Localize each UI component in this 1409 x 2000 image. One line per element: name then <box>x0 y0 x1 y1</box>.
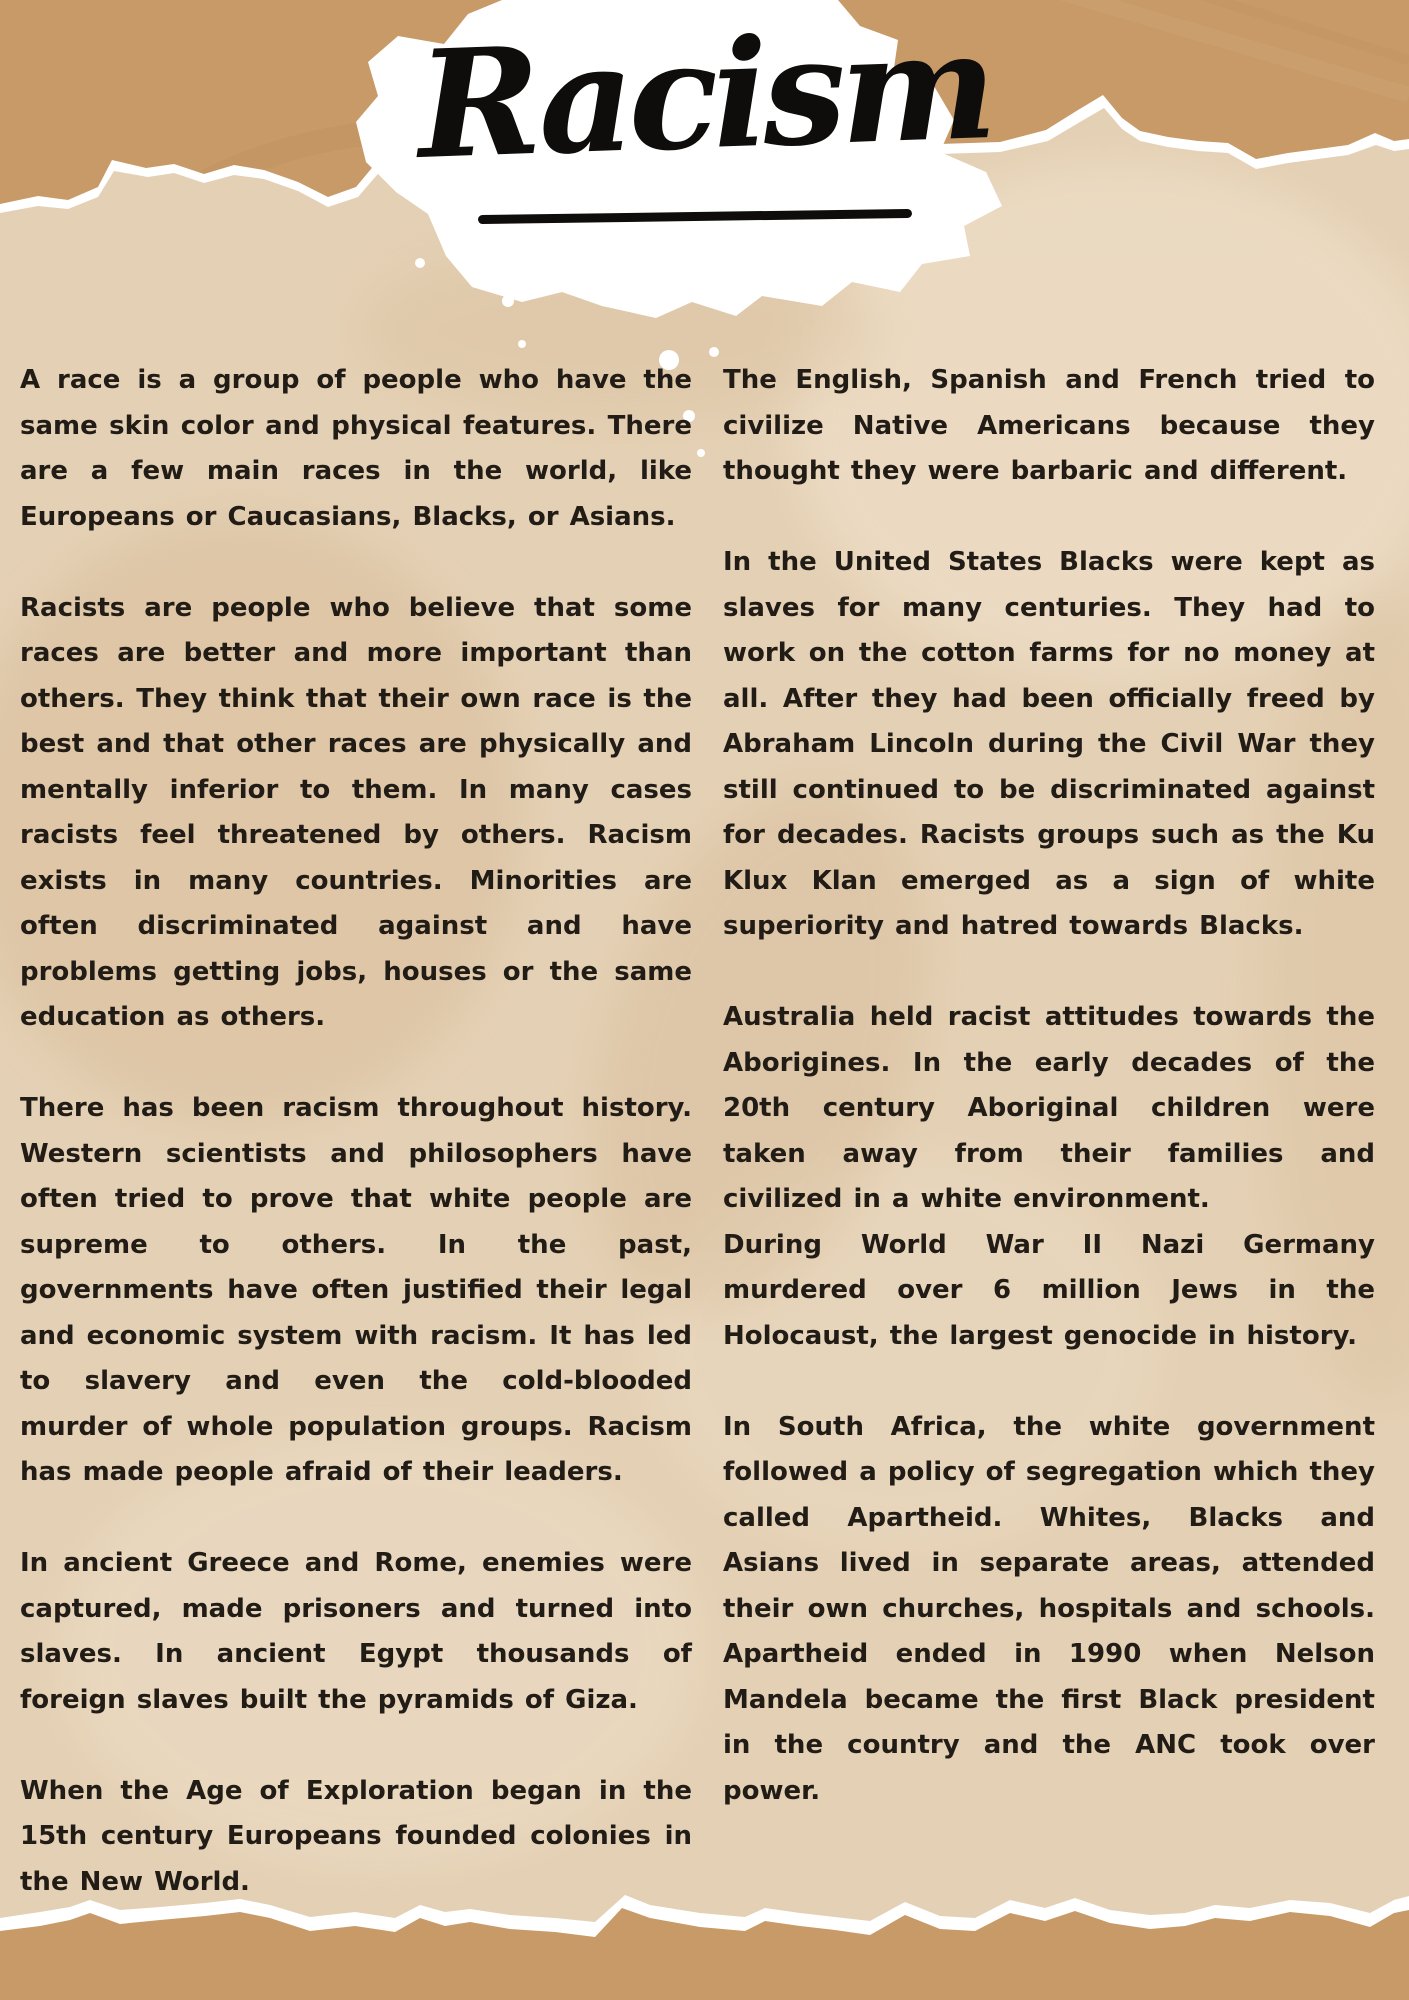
paragraph-text: Racists are people who believe that some… <box>20 586 692 1041</box>
text-column-left: A race is a group of people who have the… <box>20 358 692 1905</box>
paragraph: In the United States Blacks were kept as… <box>723 540 1375 950</box>
paragraph-text: When the Age of Exploration began in the… <box>20 1769 692 1906</box>
paragraph: The English, Spanish and French tried to… <box>723 358 1375 495</box>
paragraph: In South Africa, the white government fo… <box>723 1405 1375 1815</box>
paragraph: A race is a group of people who have the… <box>20 358 692 540</box>
paragraph: There has been racism throughout history… <box>20 1086 692 1496</box>
paragraph: In ancient Greece and Rome, enemies were… <box>20 1541 692 1723</box>
paragraph-text: There has been racism throughout history… <box>20 1086 692 1496</box>
paragraph: When the Age of Exploration began in the… <box>20 1769 692 1906</box>
paragraph-text: A race is a group of people who have the… <box>20 358 692 540</box>
text-column-right: The English, Spanish and French tried to… <box>723 358 1375 1814</box>
poster-page: { "title": "Racism", "colors": { "tan": … <box>0 0 1409 2000</box>
paragraph: Racists are people who believe that some… <box>20 586 692 1041</box>
paragraph-text: In ancient Greece and Rome, enemies were… <box>20 1541 692 1723</box>
paragraph: Australia held racist attitudes towards … <box>723 995 1375 1359</box>
paragraph-text: In the United States Blacks were kept as… <box>723 540 1375 950</box>
paragraph-text: During World War II Nazi Germany murdere… <box>723 1223 1375 1360</box>
paragraph-text: The English, Spanish and French tried to… <box>723 358 1375 495</box>
paragraph-text: Australia held racist attitudes towards … <box>723 995 1375 1223</box>
paragraph-text: In South Africa, the white government fo… <box>723 1405 1375 1815</box>
